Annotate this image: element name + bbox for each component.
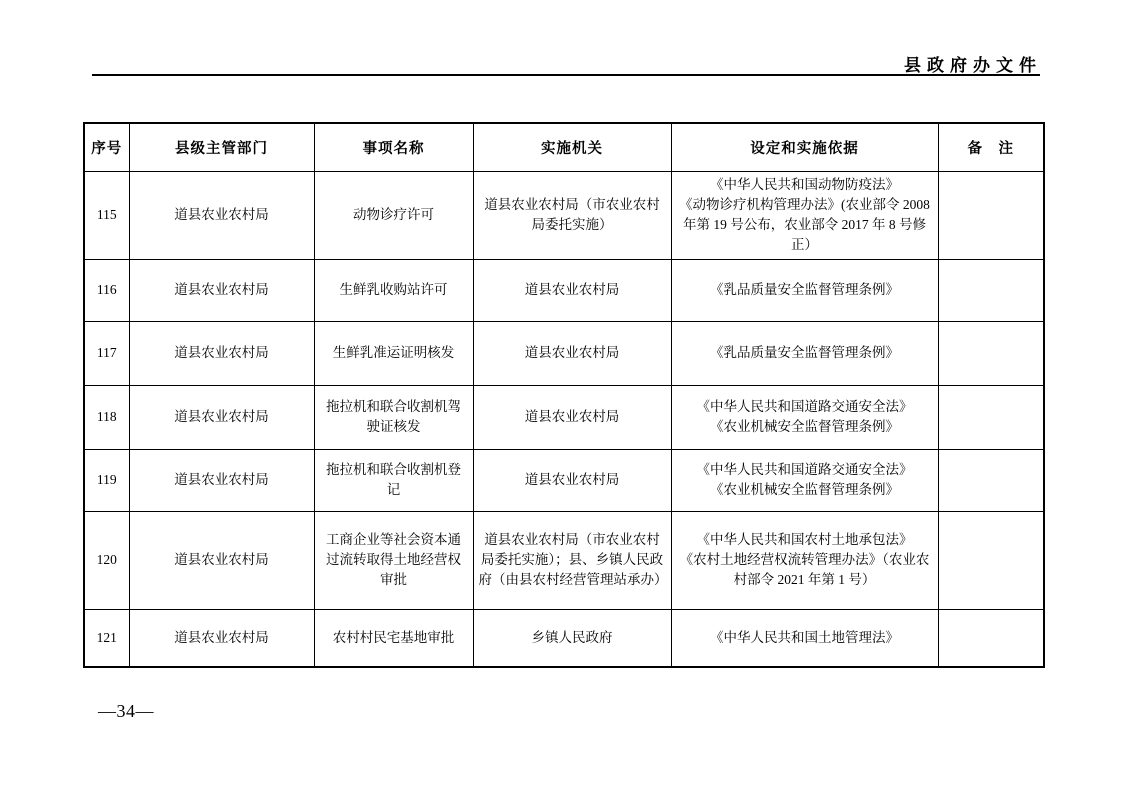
cell-remark [938, 511, 1044, 609]
cell-department: 道县农业农村局 [129, 511, 314, 609]
table-row: 118 道县农业农村局 拖拉机和联合收割机驾驶证核发 道县农业农村局 《中华人民… [84, 385, 1044, 449]
cell-department: 道县农业农村局 [129, 171, 314, 259]
cell-remark [938, 321, 1044, 385]
cell-item: 工商企业等社会资本通过流转取得土地经营权审批 [314, 511, 473, 609]
cell-basis: 《中华人民共和国土地管理法》 [671, 609, 938, 667]
cell-item: 动物诊疗许可 [314, 171, 473, 259]
cell-department: 道县农业农村局 [129, 321, 314, 385]
table-row: 121 道县农业农村局 农村村民宅基地审批 乡镇人民政府 《中华人民共和国土地管… [84, 609, 1044, 667]
cell-basis: 《中华人民共和国道路交通安全法》 《农业机械安全监督管理条例》 [671, 385, 938, 449]
page-header-label: 县政府办文件 [904, 51, 1042, 76]
page-number: —34— [98, 701, 154, 722]
cell-remark [938, 449, 1044, 511]
cell-item: 生鲜乳准运证明核发 [314, 321, 473, 385]
cell-no: 115 [84, 171, 129, 259]
cell-no: 117 [84, 321, 129, 385]
cell-agency: 道县农业农村局（市农业农村局委托实施）；县、乡镇人民政府（由县农村经营管理站承办… [473, 511, 671, 609]
cell-department: 道县农业农村局 [129, 609, 314, 667]
administrative-items-table: 序号 县级主管部门 事项名称 实施机关 设定和实施依据 备 注 115 道县农业… [83, 122, 1045, 668]
cell-item: 农村村民宅基地审批 [314, 609, 473, 667]
cell-agency: 道县农业农村局 [473, 449, 671, 511]
cell-basis: 《中华人民共和国道路交通安全法》 《农业机械安全监督管理条例》 [671, 449, 938, 511]
cell-no: 119 [84, 449, 129, 511]
col-header-remark: 备 注 [938, 123, 1044, 171]
col-header-item: 事项名称 [314, 123, 473, 171]
col-header-no: 序号 [84, 123, 129, 171]
table-row: 116 道县农业农村局 生鲜乳收购站许可 道县农业农村局 《乳品质量安全监督管理… [84, 259, 1044, 321]
cell-item: 拖拉机和联合收割机驾驶证核发 [314, 385, 473, 449]
cell-no: 121 [84, 609, 129, 667]
cell-agency: 乡镇人民政府 [473, 609, 671, 667]
table-header-row: 序号 县级主管部门 事项名称 实施机关 设定和实施依据 备 注 [84, 123, 1044, 171]
cell-basis: 《中华人民共和国农村土地承包法》 《农村土地经营权流转管理办法》（农业农村部令 … [671, 511, 938, 609]
col-header-department: 县级主管部门 [129, 123, 314, 171]
cell-department: 道县农业农村局 [129, 259, 314, 321]
cell-basis: 《乳品质量安全监督管理条例》 [671, 321, 938, 385]
cell-agency: 道县农业农村局 [473, 259, 671, 321]
cell-department: 道县农业农村局 [129, 385, 314, 449]
cell-remark [938, 171, 1044, 259]
cell-remark [938, 609, 1044, 667]
cell-department: 道县农业农村局 [129, 449, 314, 511]
cell-no: 116 [84, 259, 129, 321]
header-rule [92, 74, 1040, 76]
table-row: 120 道县农业农村局 工商企业等社会资本通过流转取得土地经营权审批 道县农业农… [84, 511, 1044, 609]
cell-basis: 《乳品质量安全监督管理条例》 [671, 259, 938, 321]
cell-remark [938, 259, 1044, 321]
cell-item: 拖拉机和联合收割机登记 [314, 449, 473, 511]
table-row: 119 道县农业农村局 拖拉机和联合收割机登记 道县农业农村局 《中华人民共和国… [84, 449, 1044, 511]
cell-no: 118 [84, 385, 129, 449]
cell-no: 120 [84, 511, 129, 609]
cell-agency: 道县农业农村局 [473, 321, 671, 385]
cell-agency: 道县农业农村局 [473, 385, 671, 449]
table-row: 117 道县农业农村局 生鲜乳准运证明核发 道县农业农村局 《乳品质量安全监督管… [84, 321, 1044, 385]
col-header-agency: 实施机关 [473, 123, 671, 171]
cell-agency: 道县农业农村局（市农业农村局委托实施） [473, 171, 671, 259]
col-header-basis: 设定和实施依据 [671, 123, 938, 171]
cell-item: 生鲜乳收购站许可 [314, 259, 473, 321]
table-row: 115 道县农业农村局 动物诊疗许可 道县农业农村局（市农业农村局委托实施） 《… [84, 171, 1044, 259]
cell-basis: 《中华人民共和国动物防疫法》 《动物诊疗机构管理办法》(农业部令 2008 年第… [671, 171, 938, 259]
cell-remark [938, 385, 1044, 449]
